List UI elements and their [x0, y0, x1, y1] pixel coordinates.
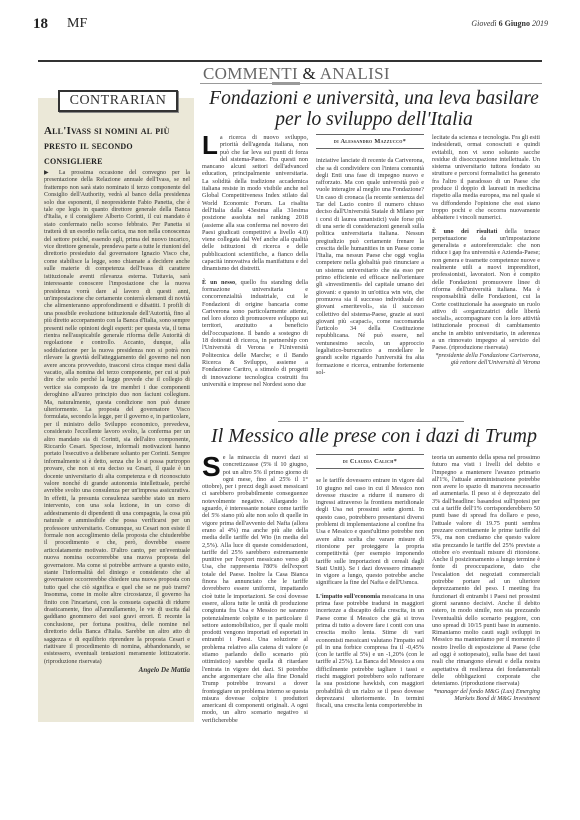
article1-col3-p1: lecitate da scienza e tecnologia. Fra gl…: [432, 134, 540, 221]
section-rule-accent: [272, 82, 300, 85]
article2-col2-p1: se le tariffe dovessero entrare in vigor…: [316, 477, 424, 586]
article1-col1-lead: È un nesso: [202, 279, 235, 286]
contrarian-author: Angelo De Mattia: [44, 667, 190, 674]
top-rule: [38, 60, 542, 62]
masthead: MF: [67, 16, 87, 32]
date-day-month: 6 Giugno: [499, 19, 530, 28]
article1-dropcap: L: [202, 135, 218, 156]
article2-dropcap: S: [202, 455, 221, 478]
dateline: Giovedì 6 Giugno 2019: [471, 19, 548, 28]
article1-col3: lecitate da scienza e tecnologia. Fra gl…: [432, 134, 540, 366]
contrarian-headline: All'Ivass si nomini al più presto il sec…: [44, 124, 192, 169]
section-left: COMMENTI: [203, 64, 298, 83]
article1-col1: La ricerca di nuovo sviluppo, priorità d…: [202, 134, 308, 388]
triangle-bullet-icon: ▶: [44, 170, 53, 176]
section-rule: [200, 83, 542, 84]
contrarian-text: La prossima occasione del convegno per l…: [44, 170, 190, 665]
date-weekday: Giovedì: [471, 19, 496, 28]
article2-title: Il Messico alle prese con i dazi di Trum…: [206, 424, 542, 448]
article2-signature: *manager del fondo M&G (Lux) Emerging Ma…: [432, 688, 540, 703]
page-number: 18: [33, 16, 48, 33]
article1-title: Fondazioni e università, una leva basila…: [206, 88, 542, 130]
article1-byline: di Alessandro Mazzucco*: [316, 134, 424, 149]
article2-col3-text: teoria un aumento della spesa nel prossi…: [432, 454, 540, 687]
section-right: ANALISI: [320, 64, 390, 83]
article2-col2-p2: messicana in una prima fase potrebbe tra…: [316, 593, 424, 709]
article2-col2: di Claudia Calich* se le tariffe dovesse…: [316, 454, 424, 710]
section-amp: &: [303, 64, 317, 83]
contrarian-body: ▶ La prossima occasione del convegno per…: [44, 170, 190, 675]
article2-col1-text: e la minaccia di nuovi dazi si concretiz…: [202, 454, 308, 724]
article2-col1: Se la minaccia di nuovi dazi si concreti…: [202, 454, 308, 724]
article1-col2-text: iniziative lanciate di recente da Carive…: [316, 157, 424, 376]
article-divider: [278, 421, 464, 422]
article1-col2: di Alessandro Mazzucco* iniziative lanci…: [316, 134, 424, 376]
article2-col2-lead: L'impatto sull'economia: [316, 593, 380, 600]
article1-col3-p2: della tenace perpetuazione da un'imposta…: [432, 228, 540, 352]
contrarian-badge: CONTRARIAN: [58, 90, 178, 112]
article2-byline: di Claudia Calich*: [316, 454, 424, 469]
article2-col3: teoria un aumento della spesa nel prossi…: [432, 454, 540, 702]
article1-col1-p2: , quello fra standing della formazione u…: [202, 279, 308, 388]
article1-col3-lead: È uno dei risultati: [432, 228, 497, 235]
section-title: COMMENTI & ANALISI: [203, 64, 390, 84]
date-year: 2019: [532, 19, 548, 28]
article1-signature: *presidente della Fondazione Cariverona,…: [432, 352, 540, 367]
